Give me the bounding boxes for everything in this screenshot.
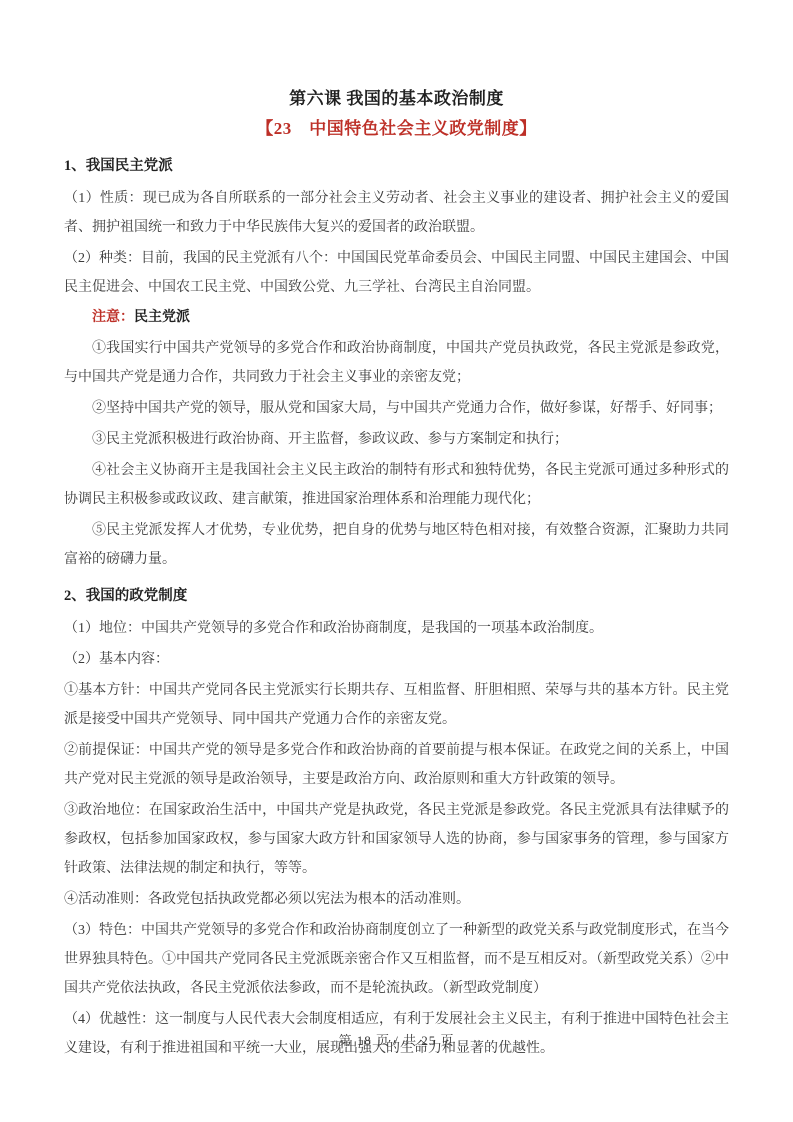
list-item: ②坚持中国共产党的领导，服从党和国家大局，与中国共产党通力合作，做好参谋，好帮手… xyxy=(64,394,729,423)
para-types: （2）种类：目前，我国的民主党派有八个：中国国民党革命委员会、中国民主同盟、中国… xyxy=(64,244,729,302)
para-status: （1）地位：中国共产党领导的多党合作和政治协商制度，是我国的一项基本政治制度。 xyxy=(64,614,729,643)
document-page: 第六课 我国的基本政治制度 【23 中国特色社会主义政党制度】 1、我国民主党派… xyxy=(0,0,793,1122)
list-item: ④活动准则：各政党包括执政党都必须以宪法为根本的活动准则。 xyxy=(64,885,729,914)
list-item: ②前提保证：中国共产党的领导是多党合作和政治协商的首要前提与根本保证。在政党之间… xyxy=(64,736,729,794)
section2-heading: 2、我国的政党制度 xyxy=(64,582,729,610)
list-item: ④社会主义协商开主是我国社会主义民主政治的制特有形式和独特优势，各民主党派可通过… xyxy=(64,456,729,514)
note-heading: 注意：民主党派 xyxy=(64,304,729,332)
para-nature: （1）性质：现已成为各自所联系的一部分社会主义劳动者、社会主义事业的建设者、拥护… xyxy=(64,184,729,242)
page-subtitle: 【23 中国特色社会主义政党制度】 xyxy=(64,114,729,144)
page-title: 第六课 我国的基本政治制度 xyxy=(64,84,729,114)
section1-heading: 1、我国民主党派 xyxy=(64,152,729,180)
list-item: ③政治地位：在国家政治生活中，中国共产党是执政党，各民主党派是参政党。各民主党派… xyxy=(64,796,729,883)
list-item: ①基本方针：中国共产党同各民主党派实行长期共存、互相监督、肝胆相照、荣辱与共的基… xyxy=(64,676,729,734)
note-title: 民主党派 xyxy=(134,310,190,325)
page-number: 第 18 页 / 共 25 页 xyxy=(0,1030,793,1049)
list-item: ①我国实行中国共产党领导的多党合作和政治协商制度，中国共产党员执政党，各民主党派… xyxy=(64,334,729,392)
section-democratic-parties: 1、我国民主党派 （1）性质：现已成为各自所联系的一部分社会主义劳动者、社会主义… xyxy=(64,152,729,574)
note-label: 注意： xyxy=(92,310,134,325)
list-item: ⑤民主党派发挥人才优势，专业优势，把自身的优势与地区特色相对接，有效整合资源，汇… xyxy=(64,516,729,574)
section-party-system: 2、我国的政党制度 （1）地位：中国共产党领导的多党合作和政治协商制度，是我国的… xyxy=(64,582,729,1063)
para-content-label: （2）基本内容： xyxy=(64,645,729,674)
list-item: ③民主党派积极进行政治协商、开主监督，参政议政、参与方案制定和执行； xyxy=(64,425,729,454)
para-feature: （3）特色：中国共产党领导的多党合作和政治协商制度创立了一种新型的政党关系与政党… xyxy=(64,916,729,1003)
